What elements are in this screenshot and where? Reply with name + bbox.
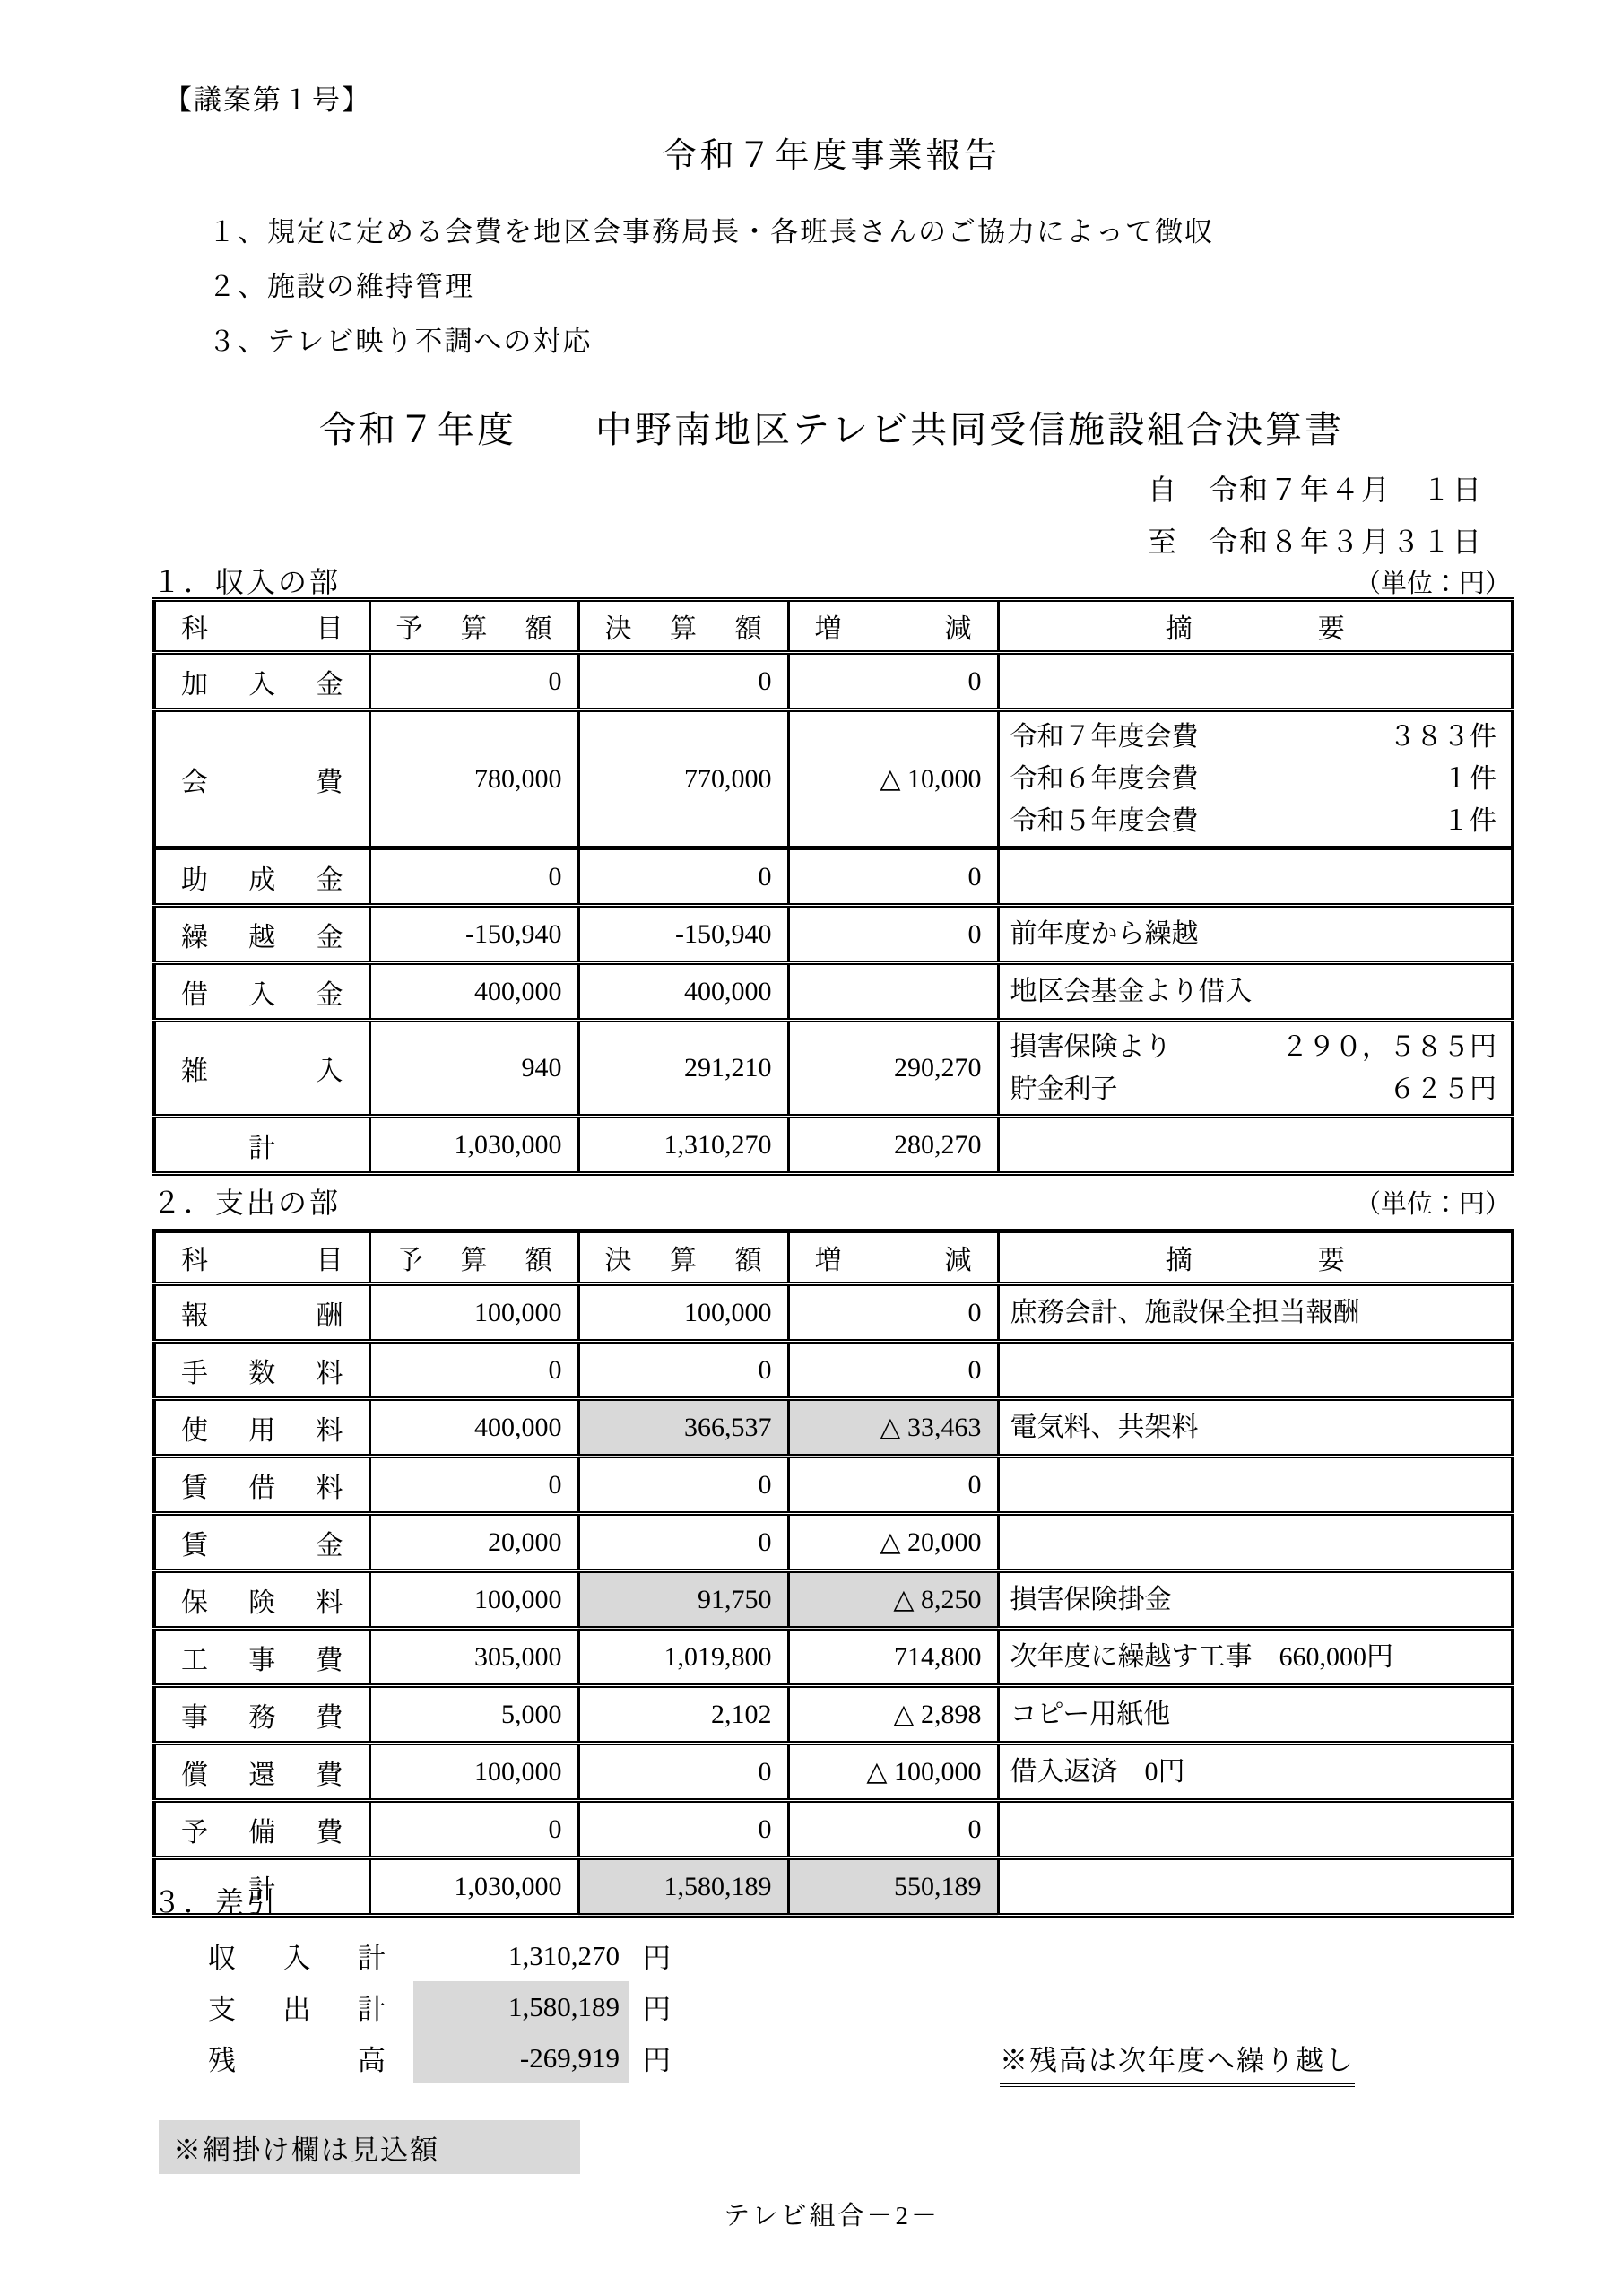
change-cell: △ 10,000 [788,710,998,848]
item-cell: 計 [154,1117,369,1174]
settlement-cell: 0 [578,653,788,710]
label-char: 予 [396,1238,423,1277]
label-char: 金 [317,857,343,897]
item-label: 事務費 [157,1695,368,1735]
label-char: 報 [181,1293,208,1333]
label-char: 使 [181,1408,208,1448]
item-label: 加入金 [157,662,368,701]
settlement-cell: 0 [578,848,788,906]
column-header-label: 決算額 [581,1238,786,1277]
item-label: 計 [157,1126,368,1165]
label-char: 計 [358,1987,386,2027]
remark-count: １件 [1443,800,1496,842]
remark-cell: 地区会基金より借入 [998,963,1513,1021]
settlement-statement-title: 令和７年度 中野南地区テレビ共同受信施設組合決算書 [152,400,1511,453]
label-char: 用 [248,1408,275,1448]
remark-cell: 庶務会計、施設保全担当報酬 [998,1284,1513,1342]
settlement-cell: 2,102 [578,1686,788,1744]
label-char: 出 [283,1987,311,2027]
table-row: 工事費305,0001,019,800714,800次年度に繰越す工事 660,… [154,1629,1513,1686]
item-cell: 借入金 [154,963,369,1021]
budget-cell: 400,000 [369,963,578,1021]
label-char: 借 [181,972,208,1012]
remark-cell: 借入返済 0円 [998,1744,1513,1801]
item-label: 使用料 [157,1408,368,1448]
table-row: 賃借料000 [154,1457,1513,1514]
item-cell: 賃金 [154,1514,369,1571]
change-cell: 0 [788,1457,998,1514]
label-char: 金 [317,915,343,954]
change-cell: 550,189 [788,1858,998,1916]
expense-section-header: ２．支出の部 （単位：円） [152,1180,1511,1222]
remark-cell [998,1858,1513,1916]
label-char: 賃 [181,1465,208,1505]
column-header-col-remark: 摘要 [998,600,1513,653]
income-section-header: １．収入の部 （単位：円） [152,560,1511,601]
item-label: 雑入 [157,1048,368,1088]
table-row: 計1,030,0001,310,270280,270 [154,1117,1513,1174]
change-cell: 290,270 [788,1021,998,1117]
change-cell: △ 33,463 [788,1399,998,1457]
label-char: 金 [317,972,343,1012]
label-char: 科 [181,606,208,646]
column-header-label: 増減 [791,606,996,646]
balance-row: 残高-269,919円※残高は次年度へ繰り越し [152,2032,1511,2083]
unit-note-expense: （単位：円） [1355,1184,1511,1221]
label-char: 科 [181,1238,208,1277]
settlement-cell: 1,310,270 [578,1117,788,1174]
label-char: 料 [317,1351,343,1390]
column-header-col-item: 科目 [154,1231,369,1284]
activity-item-3: ３、テレビ映り不調への対応 [208,314,1214,369]
label-char: 料 [317,1408,343,1448]
settlement-cell: 400,000 [578,963,788,1021]
label-char: 助 [181,857,208,897]
label-char: 額 [525,1238,552,1277]
table-row: 会費780,000770,000△ 10,000令和７年度会費３８３件令和６年度… [154,710,1513,848]
item-label: 賃金 [157,1523,368,1562]
unit-note-income: （単位：円） [1355,563,1511,600]
label-char: 額 [525,606,552,646]
remark-text: 地区会基金より借入 [1010,970,1497,1013]
remark-count: ３８３件 [1389,716,1496,758]
settlement-cell: 770,000 [578,710,788,848]
remark-cell: コピー用紙他 [998,1686,1513,1744]
column-header-col-settle: 決算額 [578,1231,788,1284]
remark-cell: 電気料、共架料 [998,1399,1513,1457]
label-char: 務 [248,1695,275,1735]
label-char: 増 [815,606,842,646]
carryover-note: ※残高は次年度へ繰り越し [1000,2038,1355,2087]
label-char: 入 [248,972,275,1012]
table-row: 助成金000 [154,848,1513,906]
label-char: 予 [396,606,423,646]
label-char: 決 [605,1238,632,1277]
activity-item-2: ２、施設の維持管理 [208,259,1214,314]
balance-row: 収入計1,310,270円 [152,1930,1511,1981]
remark-text: 令和５年度会費 [1010,800,1199,842]
item-cell: 保険料 [154,1571,369,1629]
column-header-label: 科目 [157,606,368,646]
item-cell: 償還費 [154,1744,369,1801]
remark-cell [998,848,1513,906]
budget-cell: 0 [369,653,578,710]
label-char: 支 [208,1987,236,2027]
budget-cell: 5,000 [369,1686,578,1744]
table-row: 保険料100,00091,750△ 8,250損害保険掛金 [154,1571,1513,1629]
change-cell: 0 [788,906,998,963]
table-row: 繰越金-150,940-150,9400前年度から繰越 [154,906,1513,963]
activity-list: １、規定に定める会費を地区会事務局長・各班長さんのご協力によって徴収 ２、施設の… [208,204,1214,369]
label-char: 収 [208,1935,236,1976]
item-cell: 報酬 [154,1284,369,1342]
balance-heading: ３．差引 [152,1880,278,1921]
label-char: 繰 [181,915,208,954]
remark-text: 貯金利子 [1010,1068,1118,1110]
balance-value: 1,310,270 [413,1930,629,1981]
column-header-col-settle: 決算額 [578,600,788,653]
label-char: 費 [317,1810,343,1849]
item-cell: 工事費 [154,1629,369,1686]
remark-text: 庶務会計、施設保全担当報酬 [1010,1291,1497,1334]
column-header-col-budget: 予算額 [369,1231,578,1284]
item-label: 繰越金 [157,915,368,954]
column-header-col-remark: 摘要 [998,1231,1513,1284]
column-header-col-change: 増減 [788,1231,998,1284]
page-content: 【議案第１号】 令和７年度事業報告 １、規定に定める会費を地区会事務局長・各班長… [152,0,1511,2296]
label-char: 残 [208,2038,236,2078]
remark-cell [998,653,1513,710]
budget-cell: 305,000 [369,1629,578,1686]
remark-cell [998,1514,1513,1571]
settlement-cell: 100,000 [578,1284,788,1342]
label-char: 事 [181,1695,208,1735]
remark-cell [998,1117,1513,1174]
shading-legend: ※網掛け欄は見込額 [159,2120,580,2174]
settlement-cell: -150,940 [578,906,788,963]
item-label: 保険料 [157,1580,368,1620]
column-header-col-item: 科目 [154,600,369,653]
header-row: 科目予算額決算額増減摘要 [154,600,1513,653]
remark-cell [998,1457,1513,1514]
label-char: 算 [670,606,697,646]
column-header-label: 予算額 [372,606,577,646]
item-label: 助成金 [157,857,368,897]
item-cell: 繰越金 [154,906,369,963]
document-page: 【議案第１号】 令和７年度事業報告 １、規定に定める会費を地区会事務局長・各班長… [0,0,1622,2296]
settlement-cell: 91,750 [578,1571,788,1629]
label-char: 事 [248,1638,275,1677]
change-cell: △ 2,898 [788,1686,998,1744]
table-row: 雑入940291,210290,270損害保険より２９０，５８５円貯金利子６２５… [154,1021,1513,1117]
remark-count: ６２５円 [1389,1068,1496,1110]
table-row: 予備費000 [154,1801,1513,1858]
label-char: 料 [317,1580,343,1620]
remark-cell: 令和７年度会費３８３件令和６年度会費１件令和５年度会費１件 [998,710,1513,848]
label-char: 入 [283,1935,311,1976]
table-row: 加入金000 [154,653,1513,710]
table-row: 事務費5,0002,102△ 2,898コピー用紙他 [154,1686,1513,1744]
budget-cell: 1,030,000 [369,1117,578,1174]
balance-value: -269,919 [413,2032,629,2083]
item-cell: 予備費 [154,1801,369,1858]
remark-text: 損害保険掛金 [1010,1578,1497,1621]
item-label: 予備費 [157,1810,368,1849]
label-char: 費 [317,1695,343,1735]
table-row: 手数料000 [154,1342,1513,1399]
change-cell: 0 [788,1342,998,1399]
label-char: 目 [317,606,343,646]
business-report-title: 令和７年度事業報告 [152,127,1511,177]
item-cell: 賃借料 [154,1457,369,1514]
label-char: 保 [181,1580,208,1620]
label-char: 減 [945,606,972,646]
budget-cell: 940 [369,1021,578,1117]
remark-text: 借入返済 0円 [1010,1751,1497,1793]
remark-cell: 前年度から繰越 [998,906,1513,963]
page-footer: テレビ組合－2－ [152,2196,1511,2232]
label-char: 成 [248,857,275,897]
settlement-cell: 0 [578,1514,788,1571]
settlement-cell: 1,580,189 [578,1858,788,1916]
change-cell: 714,800 [788,1629,998,1686]
label-char: 険 [248,1580,275,1620]
change-cell [788,963,998,1021]
label-char: 高 [358,2038,386,2078]
item-label: 償還費 [157,1752,368,1792]
budget-cell: 0 [369,1342,578,1399]
remark-text: 令和７年度会費 [1010,716,1199,758]
column-header-col-budget: 予算額 [369,600,578,653]
column-header-label: 予算額 [372,1238,577,1277]
remark-line: 令和７年度会費３８３件 [1010,716,1497,758]
budget-cell: 100,000 [369,1284,578,1342]
label-char: 雑 [181,1048,208,1088]
item-label: 工事費 [157,1638,368,1677]
label-char: 備 [248,1810,275,1849]
label-char: 要 [1318,1238,1345,1277]
balance-label: 残高 [184,2038,410,2078]
item-cell: 手数料 [154,1342,369,1399]
expense-heading: ２．支出の部 [152,1180,341,1222]
label-char: 費 [317,1752,343,1792]
item-label: 会費 [157,760,368,799]
remark-line: 令和６年度会費１件 [1010,758,1497,800]
item-cell: 使用料 [154,1399,369,1457]
label-char: 摘 [1166,1238,1193,1277]
label-char: 算 [461,1238,488,1277]
budget-cell: -150,940 [369,906,578,963]
settlement-cell: 291,210 [578,1021,788,1117]
period-to: 至 令和８年３月３１日 [1148,519,1511,561]
remark-count: １件 [1443,758,1496,800]
activity-item-1: １、規定に定める会費を地区会事務局長・各班長さんのご協力によって徴収 [208,204,1214,259]
remark-cell: 損害保険掛金 [998,1571,1513,1629]
label-char: 予 [181,1810,208,1849]
item-label: 報酬 [157,1293,368,1333]
label-char: 会 [181,760,208,799]
label-char: 額 [735,606,762,646]
table-row: 賃金20,0000△ 20,000 [154,1514,1513,1571]
table-row: 償還費100,0000△ 100,000借入返済 0円 [154,1744,1513,1801]
label-char: 算 [461,606,488,646]
settlement-cell: 1,019,800 [578,1629,788,1686]
income-heading: １．収入の部 [152,560,341,601]
header-row: 科目予算額決算額増減摘要 [154,1231,1513,1284]
budget-cell: 20,000 [369,1514,578,1571]
change-cell: 0 [788,653,998,710]
column-header-label: 科目 [157,1238,368,1277]
column-header-label: 決算額 [581,606,786,646]
remark-cell: 損害保険より２９０，５８５円貯金利子６２５円 [998,1021,1513,1117]
label-char: 摘 [1166,606,1193,646]
budget-cell: 0 [369,1457,578,1514]
label-char: 額 [735,1238,762,1277]
label-char: 決 [605,606,632,646]
remark-line: 令和５年度会費１件 [1010,800,1497,842]
column-header-col-change: 増減 [788,600,998,653]
label-char: 償 [181,1752,208,1792]
label-char: 数 [248,1351,275,1390]
balance-unit: 円 [643,1987,671,2027]
change-cell: 0 [788,1801,998,1858]
remark-text: 電気料、共架料 [1010,1406,1497,1448]
change-cell: 280,270 [788,1117,998,1174]
remark-text: 次年度に繰越す工事 660,000円 [1010,1636,1497,1678]
table-row: 借入金400,000400,000地区会基金より借入 [154,963,1513,1021]
budget-cell: 0 [369,1801,578,1858]
settlement-cell: 0 [578,1801,788,1858]
label-char: 費 [317,1638,343,1677]
column-header-label: 摘要 [1001,1238,1511,1277]
balance-value: 1,580,189 [413,1981,629,2032]
balance-section-header: ３．差引 [152,1880,511,1921]
label-char: 入 [317,1048,343,1088]
budget-cell: 100,000 [369,1744,578,1801]
budget-cell: 400,000 [369,1399,578,1457]
remark-cell [998,1801,1513,1858]
label-char: 入 [248,662,275,701]
expense-table: 科目予算額決算額増減摘要 報酬100,000100,0000庶務会計、施設保全担… [152,1229,1514,1918]
item-label: 賃借料 [157,1465,368,1505]
label-char: 越 [248,915,275,954]
change-cell: △ 20,000 [788,1514,998,1571]
label-char: 増 [815,1238,842,1277]
settlement-cell: 366,537 [578,1399,788,1457]
balance-unit: 円 [643,1935,671,1976]
label-char: 計 [248,1126,275,1165]
label-char: 料 [317,1465,343,1505]
remark-count: ２９０，５８５円 [1281,1026,1496,1068]
label-char: 酬 [317,1293,343,1333]
label-char: 金 [317,662,343,701]
column-header-label: 摘要 [1001,606,1511,646]
item-cell: 事務費 [154,1686,369,1744]
budget-cell: 100,000 [369,1571,578,1629]
remark-line: 損害保険より２９０，５８５円 [1010,1026,1497,1068]
label-char: 金 [317,1523,343,1562]
label-char: 借 [248,1465,275,1505]
budget-cell: 0 [369,848,578,906]
remark-line: 貯金利子６２５円 [1010,1068,1497,1110]
balance-unit: 円 [643,2038,671,2078]
label-char: 減 [945,1238,972,1277]
item-label: 手数料 [157,1351,368,1390]
label-char: 計 [358,1935,386,1976]
change-cell: 0 [788,1284,998,1342]
balance-label: 支出計 [184,1987,410,2027]
item-cell: 会費 [154,710,369,848]
table-row: 報酬100,000100,0000庶務会計、施設保全担当報酬 [154,1284,1513,1342]
label-char: 要 [1318,606,1345,646]
label-char: 手 [181,1351,208,1390]
budget-cell: 780,000 [369,710,578,848]
remark-cell: 次年度に繰越す工事 660,000円 [998,1629,1513,1686]
balance-row: 支出計1,580,189円 [152,1981,1511,2032]
remark-cell [998,1342,1513,1399]
item-cell: 加入金 [154,653,369,710]
label-char: 費 [317,760,343,799]
table-row: 使用料400,000366,537△ 33,463電気料、共架料 [154,1399,1513,1457]
balance-summary: 収入計1,310,270円支出計1,580,189円残高-269,919円※残高… [152,1930,1511,2083]
income-table: 科目予算額決算額増減摘要 加入金000会費780,000770,000△ 10,… [152,597,1514,1176]
settlement-cell: 0 [578,1342,788,1399]
label-char: 算 [670,1238,697,1277]
change-cell: △ 100,000 [788,1744,998,1801]
item-label: 借入金 [157,972,368,1012]
change-cell: △ 8,250 [788,1571,998,1629]
remark-text: 損害保険より [1010,1026,1172,1068]
item-cell: 助成金 [154,848,369,906]
label-char: 目 [317,1238,343,1277]
settlement-cell: 0 [578,1744,788,1801]
remark-text: 前年度から繰越 [1010,913,1497,955]
period-from: 自 令和７年４月 １日 [1148,467,1511,509]
item-cell: 雑入 [154,1021,369,1117]
column-header-label: 増減 [791,1238,996,1277]
change-cell: 0 [788,848,998,906]
label-char: 工 [181,1638,208,1677]
label-char: 賃 [181,1523,208,1562]
balance-label: 収入計 [184,1935,410,1976]
label-char: 加 [181,662,208,701]
remark-text: コピー用紙他 [1010,1693,1497,1735]
agenda-item-label: 【議案第１号】 [164,77,371,117]
label-char: 還 [248,1752,275,1792]
remark-text: 令和６年度会費 [1010,758,1199,800]
settlement-cell: 0 [578,1457,788,1514]
